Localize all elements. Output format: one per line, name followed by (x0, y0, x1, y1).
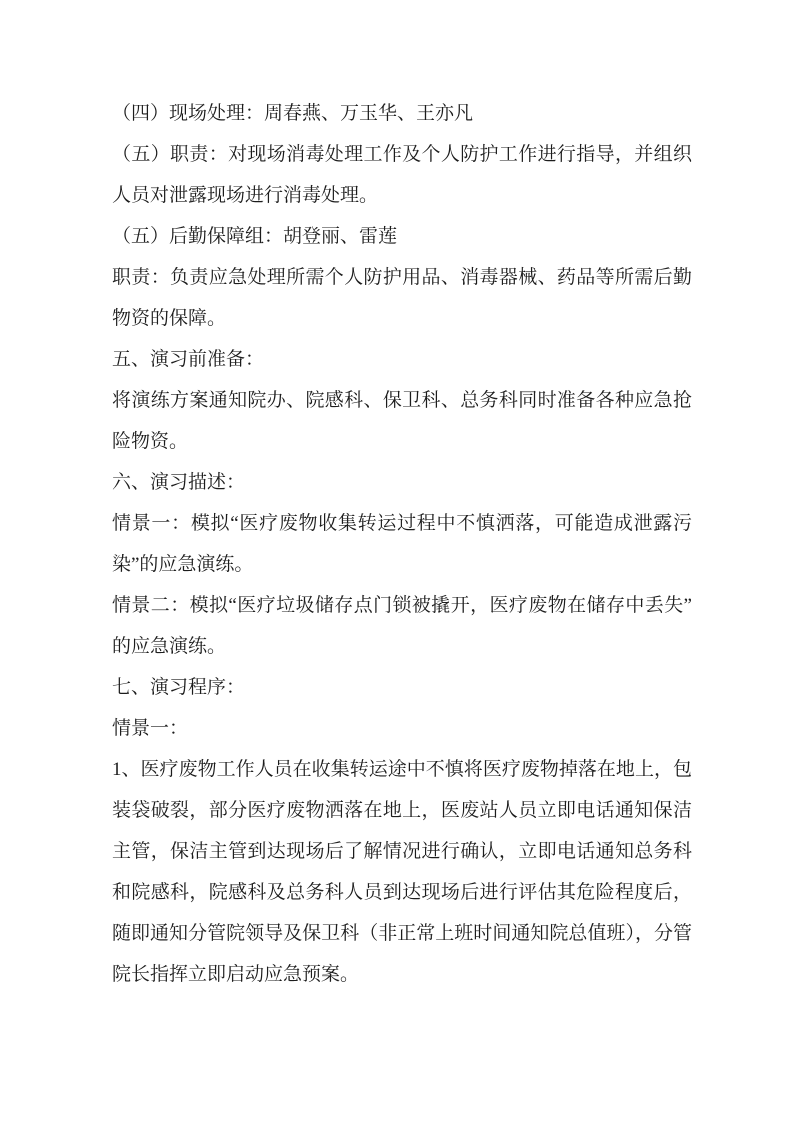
paragraph: 情景一： (112, 708, 692, 749)
document-body: （四）现场处理：周春燕、万玉华、王亦凡（五）职责：对现场消毒处理工作及个人防护工… (112, 93, 692, 995)
paragraph: 六、演习描述： (112, 462, 692, 503)
paragraph: （四）现场处理：周春燕、万玉华、王亦凡 (112, 93, 692, 134)
paragraph: 将演练方案通知院办、院感科、保卫科、总务科同时准备各种应急抢险物资。 (112, 380, 692, 462)
paragraph: 七、演习程序： (112, 667, 692, 708)
paragraph: 职责：负责应急处理所需个人防护用品、消毒器械、药品等所需后勤物资的保障。 (112, 257, 692, 339)
paragraph: 情景一：模拟“医疗废物收集转运过程中不慎洒落，可能造成泄露污染”的应急演练。 (112, 503, 692, 585)
paragraph: 情景二：模拟“医疗垃圾储存点门锁被撬开，医疗废物在储存中丢失”的应急演练。 (112, 585, 692, 667)
paragraph: 五、演习前准备： (112, 339, 692, 380)
paragraph: （五）职责：对现场消毒处理工作及个人防护工作进行指导，并组织人员对泄露现场进行消… (112, 134, 692, 216)
paragraph: （五）后勤保障组：胡登丽、雷莲 (112, 216, 692, 257)
document-page: （四）现场处理：周春燕、万玉华、王亦凡（五）职责：对现场消毒处理工作及个人防护工… (0, 0, 800, 1132)
paragraph: 1、医疗废物工作人员在收集转运途中不慎将医疗废物掉落在地上，包装袋破裂，部分医疗… (112, 749, 692, 995)
